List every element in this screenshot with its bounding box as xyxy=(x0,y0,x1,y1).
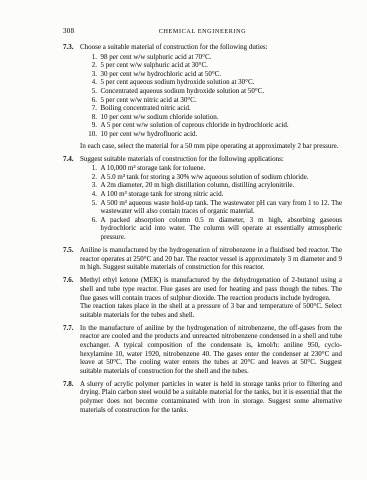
list-item: 9.A 5 per cent w/w solution of cuprous c… xyxy=(88,121,342,130)
page-header: 308 Chemical Engineering xyxy=(63,27,342,36)
item-number: 1. xyxy=(88,164,101,173)
list-item: 10.10 per cent w/w hydrofluoric acid. xyxy=(88,130,342,139)
item-number: 2. xyxy=(88,173,101,182)
problem-items: 1.A 10,000 m³ storage tank for toluene.2… xyxy=(80,164,342,241)
problem-body: A slurry of acrylic polymer particles in… xyxy=(80,380,342,414)
problem-number: 7.4. xyxy=(63,155,80,242)
list-item: 3.30 per cent w/w hydrochloric acid at 5… xyxy=(88,70,342,79)
item-text: 5 per cent w/w sulphuric acid at 30°C. xyxy=(101,61,343,70)
item-text: A 2m diameter, 20 m high distillation co… xyxy=(101,181,343,190)
problem-paragraph: Methyl ethyl ketone (MEK) is manufacture… xyxy=(80,276,342,302)
list-item: 6.5 per cent w/w nitric acid at 30°C. xyxy=(88,96,342,105)
problem: 7.5.Aniline is manufactured by the hydro… xyxy=(63,246,342,272)
problem: 7.6.Methyl ethyl ketone (MEK) is manufac… xyxy=(63,276,342,319)
page-number: 308 xyxy=(63,27,74,36)
item-text: 98 per cent w/w sulphuric acid at 70°C. xyxy=(101,53,343,62)
problem-number: 7.5. xyxy=(63,246,80,272)
problem-intro: Suggest suitable materials of constructi… xyxy=(80,155,342,164)
item-text: A 10,000 m³ storage tank for toluene. xyxy=(101,164,343,173)
problem-paragraph: A slurry of acrylic polymer particles in… xyxy=(80,380,342,414)
item-number: 1. xyxy=(88,53,101,62)
problem-intro: Choose a suitable material of constructi… xyxy=(80,43,342,52)
problem-paragraph: The reaction takes place in the shell at… xyxy=(80,302,342,319)
item-text: A 100 m³ storage tank for strong nitric … xyxy=(101,190,343,199)
item-text: A 5 per cent w/w solution of cuprous chl… xyxy=(101,121,343,130)
scanned-book-page: 308 Chemical Engineering 7.3.Choose a su… xyxy=(0,0,367,480)
list-item: 2.A 5.0 m³ tank for storing a 30% w/w aq… xyxy=(88,173,342,182)
problem: 7.8.A slurry of acrylic polymer particle… xyxy=(63,380,342,414)
list-item: 5.Concentrated aqueous sodium hydroxide … xyxy=(88,87,342,96)
list-item: 7.Boiling concentrated nitric acid. xyxy=(88,104,342,113)
item-number: 4. xyxy=(88,190,101,199)
item-number: 6. xyxy=(88,216,101,242)
item-text: Boiling concentrated nitric acid. xyxy=(101,104,343,113)
list-item: 4.5 per cent aqueous sodium hydroxide so… xyxy=(88,78,342,87)
problem-body: Choose a suitable material of constructi… xyxy=(80,43,342,150)
list-item: 3.A 2m diameter, 20 m high distillation … xyxy=(88,181,342,190)
problem-body: Aniline is manufactured by the hydrogena… xyxy=(80,246,342,272)
problem-body: Methyl ethyl ketone (MEK) is manufacture… xyxy=(80,276,342,319)
problem: 7.4.Suggest suitable materials of constr… xyxy=(63,155,342,242)
list-item: 1.A 10,000 m³ storage tank for toluene. xyxy=(88,164,342,173)
running-title: Chemical Engineering xyxy=(159,28,246,37)
list-item: 5.A 500 m³ aqueous waste hold-up tank. T… xyxy=(88,199,342,216)
item-text: A packed absorption column 0.5 m diamete… xyxy=(101,216,343,242)
item-text: A 5.0 m³ tank for storing a 30% w/w aque… xyxy=(101,173,343,182)
problem: 7.7.In the manufacture of aniline by the… xyxy=(63,324,342,376)
item-text: 30 per cent w/w hydrochloric acid at 50°… xyxy=(101,70,343,79)
item-number: 5. xyxy=(88,199,101,216)
item-text: A 500 m³ aqueous waste hold-up tank. The… xyxy=(101,199,343,216)
problem: 7.3.Choose a suitable material of constr… xyxy=(63,43,342,150)
item-number: 5. xyxy=(88,87,101,96)
problem-items: 1.98 per cent w/w sulphuric acid at 70°C… xyxy=(80,53,342,139)
problem-body: In the manufacture of aniline by the hyd… xyxy=(80,324,342,376)
item-text: 10 per cent w/w hydrofluoric acid. xyxy=(101,130,343,139)
item-number: 10. xyxy=(88,130,101,139)
problem-number: 7.7. xyxy=(63,324,80,376)
item-text: 10 per cent w/w sodium chloride solution… xyxy=(101,113,343,122)
item-number: 9. xyxy=(88,121,101,130)
item-text: Concentrated aqueous sodium hydroxide so… xyxy=(101,87,343,96)
item-number: 4. xyxy=(88,78,101,87)
problem-paragraph: Aniline is manufactured by the hydrogena… xyxy=(80,246,342,272)
list-item: 2.5 per cent w/w sulphuric acid at 30°C. xyxy=(88,61,342,70)
item-number: 7. xyxy=(88,104,101,113)
list-item: 4.A 100 m³ storage tank for strong nitri… xyxy=(88,190,342,199)
item-text: 5 per cent w/w nitric acid at 30°C. xyxy=(101,96,343,105)
problem-number: 7.6. xyxy=(63,276,80,319)
problem-outro: In each case, select the material for a … xyxy=(80,142,342,151)
item-number: 3. xyxy=(88,181,101,190)
list-item: 1.98 per cent w/w sulphuric acid at 70°C… xyxy=(88,53,342,62)
item-text: 5 per cent aqueous sodium hydroxide solu… xyxy=(101,78,343,87)
item-number: 6. xyxy=(88,96,101,105)
item-number: 2. xyxy=(88,61,101,70)
list-item: 6.A packed absorption column 0.5 m diame… xyxy=(88,216,342,242)
item-number: 8. xyxy=(88,113,101,122)
problem-body: Suggest suitable materials of constructi… xyxy=(80,155,342,242)
problems: 7.3.Choose a suitable material of constr… xyxy=(63,43,342,414)
problem-number: 7.3. xyxy=(63,43,80,150)
problem-number: 7.8. xyxy=(63,380,80,414)
problem-paragraph: In the manufacture of aniline by the hyd… xyxy=(80,324,342,376)
list-item: 8.10 per cent w/w sodium chloride soluti… xyxy=(88,113,342,122)
item-number: 3. xyxy=(88,70,101,79)
